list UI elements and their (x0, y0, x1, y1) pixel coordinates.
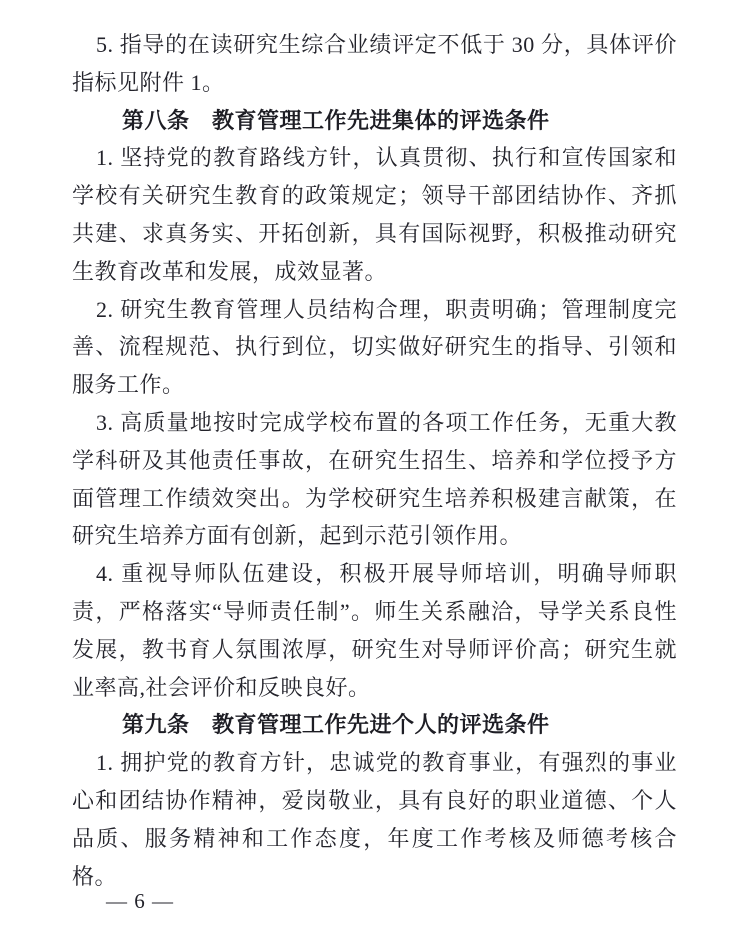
article-8-heading: 第八条 教育管理工作先进集体的评选条件 (72, 102, 677, 140)
article-8-criterion-2: 2. 研究生教育管理人员结构合理，职责明确；管理制度完善、流程规范、执行到位，切… (72, 291, 677, 404)
article-9-criterion-1: 1. 拥护党的教育方针，忠诚党的教育事业，有强烈的事业心和团结协作精神，爱岗敬业… (72, 744, 677, 895)
paragraph-item-5-continued: 5. 指导的在读研究生综合业绩评定不低于 30 分，具体评价指标见附件 1。 (72, 26, 677, 102)
document-page: 5. 指导的在读研究生综合业绩评定不低于 30 分，具体评价指标见附件 1。 第… (0, 0, 756, 928)
article-8-criterion-1: 1. 坚持党的教育路线方针，认真贯彻、执行和宣传国家和学校有关研究生教育的政策规… (72, 139, 677, 290)
page-number: — 6 — (106, 889, 174, 913)
page-footer: — 6 — (106, 886, 174, 916)
article-9-heading: 第九条 教育管理工作先进个人的评选条件 (72, 706, 677, 744)
document-body: 5. 指导的在读研究生综合业绩评定不低于 30 分，具体评价指标见附件 1。 第… (72, 26, 677, 895)
article-8-criterion-3: 3. 高质量地按时完成学校布置的各项工作任务，无重大教学科研及其他责任事故，在研… (72, 404, 677, 555)
article-8-criterion-4: 4. 重视导师队伍建设，积极开展导师培训，明确导师职责，严格落实“导师责任制”。… (72, 555, 677, 706)
